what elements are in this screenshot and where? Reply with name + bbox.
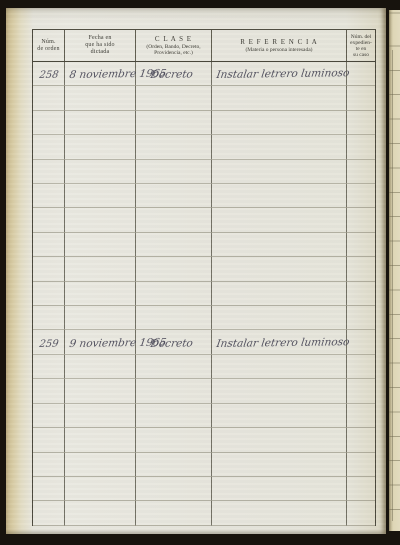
cell-fecha	[65, 428, 136, 452]
cell-clase	[136, 453, 212, 477]
cell-fecha	[65, 208, 136, 232]
cell-clase	[136, 379, 212, 403]
cell-expediente	[347, 135, 375, 159]
table-row	[33, 355, 375, 379]
table-row	[33, 453, 375, 477]
registry-table: Núm. de orden Fecha en que ha sido dicta…	[32, 29, 376, 526]
cell-num	[33, 135, 65, 159]
table-row: 2588 noviembre 1965DecretoInstalar letre…	[33, 62, 375, 86]
table-row	[33, 233, 375, 257]
header-fecha-label: Fecha en que ha sido dictada	[85, 35, 115, 56]
cell-referencia	[212, 355, 347, 379]
cell-referencia	[212, 501, 347, 525]
cell-fecha	[65, 379, 136, 403]
cell-expediente	[347, 62, 375, 86]
handwritten-clase: Decreto	[149, 70, 200, 86]
cell-expediente	[347, 379, 375, 403]
header-cell-num: Núm. de orden	[33, 30, 65, 61]
cell-num: 259	[33, 330, 65, 354]
cell-clase	[136, 233, 212, 257]
cell-fecha	[65, 404, 136, 428]
cell-clase	[136, 111, 212, 135]
cell-expediente	[347, 453, 375, 477]
handwritten-referencia: Instalar letrero luminoso	[212, 337, 350, 354]
header-cell-clase: C L A S E (Orden, Bando, Decreto, Provid…	[136, 30, 212, 61]
table-row	[33, 477, 375, 501]
ledger-page: Núm. de orden Fecha en que ha sido dicta…	[6, 8, 386, 534]
cell-num	[33, 282, 65, 306]
cell-num	[33, 306, 65, 330]
table-row	[33, 282, 375, 306]
cell-num	[33, 379, 65, 403]
cell-clase	[136, 86, 212, 110]
cell-referencia	[212, 306, 347, 330]
cell-clase	[136, 208, 212, 232]
cell-fecha	[65, 501, 136, 525]
next-page-rule-line	[392, 50, 393, 521]
table-row	[33, 135, 375, 159]
header-referencia-title: R E F E R E N C I A	[240, 38, 318, 46]
cell-expediente	[347, 428, 375, 452]
header-referencia-subtitle: (Materia o persona interesada)	[245, 47, 312, 54]
table-row: 2599 noviembre 1965DecretoInstalar letre…	[33, 330, 375, 354]
cell-clase	[136, 404, 212, 428]
table-row	[33, 257, 375, 281]
cell-num	[33, 184, 65, 208]
cell-fecha	[65, 282, 136, 306]
scanned-image: Núm. de orden Fecha en que ha sido dicta…	[0, 0, 400, 545]
table-row	[33, 306, 375, 330]
handwritten-clase: Decreto	[149, 338, 200, 354]
table-row	[33, 404, 375, 428]
cell-expediente	[347, 477, 375, 501]
cell-expediente	[347, 404, 375, 428]
cell-referencia: Instalar letrero luminoso	[212, 330, 347, 354]
cell-fecha	[65, 86, 136, 110]
cell-clase	[136, 355, 212, 379]
cell-fecha	[65, 160, 136, 184]
cell-expediente	[347, 111, 375, 135]
cell-clase	[136, 501, 212, 525]
cell-num	[33, 257, 65, 281]
table-row	[33, 379, 375, 403]
table-row	[33, 160, 375, 184]
cell-referencia	[212, 282, 347, 306]
header-num-label: Núm. de orden	[37, 39, 59, 53]
cell-referencia	[212, 477, 347, 501]
table-header-row: Núm. de orden Fecha en que ha sido dicta…	[33, 30, 375, 62]
cell-referencia: Instalar letrero luminoso	[212, 62, 347, 86]
cell-num	[33, 208, 65, 232]
table-row	[33, 184, 375, 208]
cell-num: 258	[33, 62, 65, 86]
cell-fecha	[65, 184, 136, 208]
cell-referencia	[212, 453, 347, 477]
cell-expediente	[347, 282, 375, 306]
cell-num	[33, 428, 65, 452]
table-row	[33, 501, 375, 525]
header-cell-expediente: Núm. del expedien- te en su caso	[347, 30, 375, 61]
cell-fecha	[65, 306, 136, 330]
cell-fecha	[65, 355, 136, 379]
cell-clase	[136, 135, 212, 159]
cell-referencia	[212, 135, 347, 159]
next-page-edge	[389, 10, 400, 531]
cell-clase	[136, 306, 212, 330]
cell-fecha	[65, 135, 136, 159]
cell-referencia	[212, 208, 347, 232]
cell-expediente	[347, 306, 375, 330]
cell-clase	[136, 428, 212, 452]
table-row	[33, 86, 375, 110]
cell-num	[33, 404, 65, 428]
cell-num	[33, 233, 65, 257]
cell-fecha: 9 noviembre 1965	[65, 330, 136, 354]
handwritten-referencia: Instalar letrero luminoso	[212, 69, 350, 86]
table-row	[33, 428, 375, 452]
cell-expediente	[347, 330, 375, 354]
cell-fecha	[65, 453, 136, 477]
cell-expediente	[347, 257, 375, 281]
cell-num	[33, 501, 65, 525]
cell-num	[33, 111, 65, 135]
header-clase-title: C L A S E	[155, 35, 192, 43]
handwritten-num: 259	[33, 339, 59, 354]
cell-expediente	[347, 233, 375, 257]
cell-expediente	[347, 208, 375, 232]
header-cell-fecha: Fecha en que ha sido dictada	[65, 30, 136, 61]
cell-referencia	[212, 233, 347, 257]
cell-num	[33, 86, 65, 110]
cell-num	[33, 160, 65, 184]
header-expediente-label: Núm. del expedien- te en su caso	[350, 34, 372, 58]
cell-fecha: 8 noviembre 1965	[65, 62, 136, 86]
cell-referencia	[212, 257, 347, 281]
table-row	[33, 208, 375, 232]
cell-referencia	[212, 428, 347, 452]
cell-clase	[136, 477, 212, 501]
cell-expediente	[347, 86, 375, 110]
cell-referencia	[212, 184, 347, 208]
cell-num	[33, 453, 65, 477]
cell-expediente	[347, 184, 375, 208]
cell-fecha	[65, 111, 136, 135]
header-clase-subtitle: (Orden, Bando, Decreto, Providencia, etc…	[146, 44, 200, 57]
cell-expediente	[347, 160, 375, 184]
cell-expediente	[347, 355, 375, 379]
cell-fecha	[65, 477, 136, 501]
handwritten-num: 258	[33, 70, 59, 85]
cell-referencia	[212, 86, 347, 110]
cell-clase	[136, 160, 212, 184]
cell-referencia	[212, 160, 347, 184]
cell-clase	[136, 257, 212, 281]
cell-referencia	[212, 379, 347, 403]
header-cell-referencia: R E F E R E N C I A (Materia o persona i…	[212, 30, 347, 61]
cell-referencia	[212, 111, 347, 135]
cell-num	[33, 477, 65, 501]
cell-clase	[136, 282, 212, 306]
cell-fecha	[65, 257, 136, 281]
cell-clase	[136, 184, 212, 208]
cell-referencia	[212, 404, 347, 428]
cell-expediente	[347, 501, 375, 525]
table-row	[33, 111, 375, 135]
cell-num	[33, 355, 65, 379]
cell-fecha	[65, 233, 136, 257]
table-body: 2588 noviembre 1965DecretoInstalar letre…	[33, 62, 375, 526]
